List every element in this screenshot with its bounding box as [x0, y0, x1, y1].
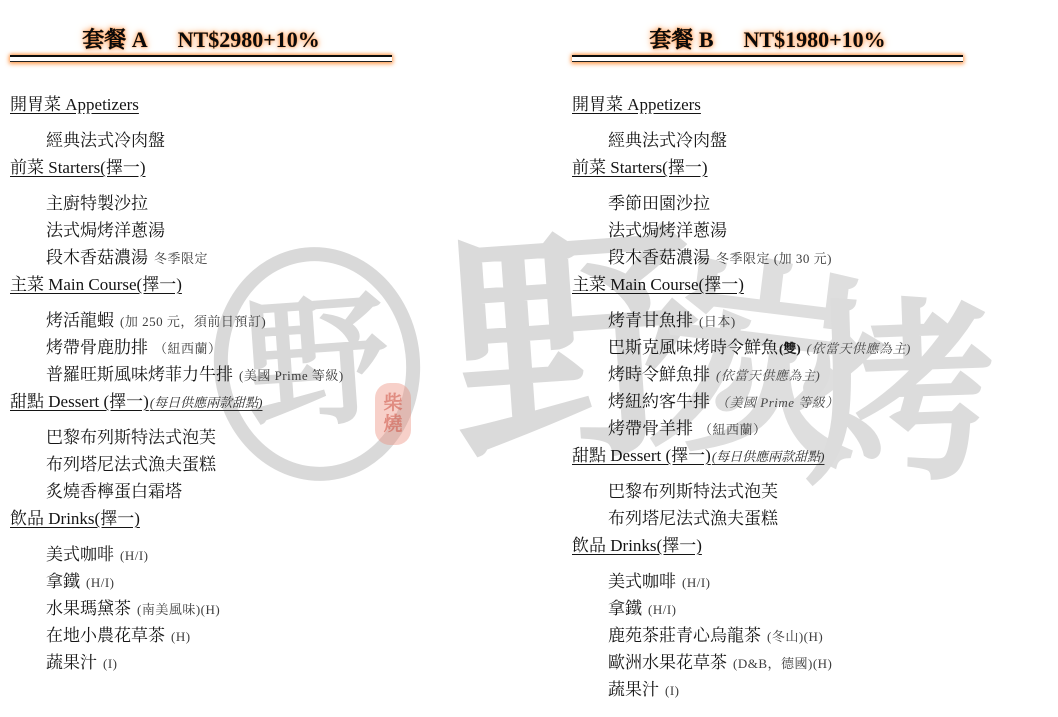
section-header: 開胃菜 Appetizers: [572, 91, 963, 118]
menu-item: 巴黎布列斯特法式泡芙: [572, 478, 963, 505]
section-header: 前菜 Starters(擇一): [10, 154, 392, 181]
section-header-label: 開胃菜 Appetizers: [10, 95, 139, 114]
menu-item: 巴斯克風味烤時令鮮魚(雙)(依當天供應為主): [572, 334, 963, 361]
menu-item: 經典法式冷肉盤: [572, 127, 963, 154]
menu-item-name: 炙燒香檸蛋白霜塔: [46, 482, 182, 501]
menu-item: 水果瑪黛茶(南美風味)(H): [10, 595, 392, 622]
menu-item: 烤帶骨羊排（紐西蘭）: [572, 415, 963, 442]
section-header-label: 甜點 Dessert (擇一): [572, 446, 711, 465]
menu-item-note: (依當天供應為主): [716, 368, 820, 383]
menu-item-name: 巴黎布列斯特法式泡芙: [608, 482, 778, 501]
menu-item-note: (南美風味)(H): [137, 602, 220, 617]
menu-item-name: 烤時令鮮魚排: [608, 365, 710, 384]
menu-body: 開胃菜 Appetizers經典法式冷肉盤前菜 Starters(擇一)主廚特製…: [10, 91, 392, 676]
title-underline-rule: [10, 55, 392, 62]
menu-item-note: (H/I): [86, 575, 115, 590]
menu-item: 巴黎布列斯特法式泡芙: [10, 424, 392, 451]
menu-item: 拿鐵(H/I): [10, 568, 392, 595]
menu-item: 美式咖啡(H/I): [10, 541, 392, 568]
menu-title: 套餐 BNT$1980+10%: [572, 0, 963, 53]
menu-price: NT$2980+10%: [178, 27, 320, 52]
menu-item: 布列塔尼法式漁夫蛋糕: [572, 505, 963, 532]
section-header-note: (每日供應兩款甜點): [712, 449, 825, 464]
section-header-label: 飲品 Drinks(擇一): [10, 509, 140, 528]
section-header: 甜點 Dessert (擇一)(每日供應兩款甜點): [572, 442, 963, 469]
section-header: 主菜 Main Course(擇一): [10, 271, 392, 298]
menu-item: 烤青甘魚排(日本): [572, 307, 963, 334]
menu-item: 季節田園沙拉: [572, 190, 963, 217]
section-header: 前菜 Starters(擇一): [572, 154, 963, 181]
section-header-label: 飲品 Drinks(擇一): [572, 536, 702, 555]
menu-item-note: （紐西蘭）: [154, 341, 222, 356]
section-header: 主菜 Main Course(擇一): [572, 271, 963, 298]
menu-item: 美式咖啡(H/I): [572, 568, 963, 595]
menu-item: 段木香菇濃湯冬季限定: [10, 244, 392, 271]
menu-item: 烤帶骨鹿肋排（紐西蘭）: [10, 334, 392, 361]
menu-item-name: 蔬果汁: [46, 653, 97, 672]
menu-item-note: 冬季限定: [154, 251, 208, 266]
section-header: 甜點 Dessert (擇一)(每日供應兩款甜點): [10, 388, 392, 415]
menu-item-note: (冬山)(H): [767, 629, 823, 644]
menu-item-note: (H/I): [648, 602, 677, 617]
menu-item-name: 段木香菇濃湯: [608, 248, 710, 267]
section-header-note: (每日供應兩款甜點): [150, 395, 263, 410]
menu-item: 烤時令鮮魚排(依當天供應為主): [572, 361, 963, 388]
menu-column-a: 套餐 ANT$2980+10% 開胃菜 Appetizers經典法式冷肉盤前菜 …: [10, 0, 392, 676]
menu-item-name: 主廚特製沙拉: [46, 194, 148, 213]
menu-item-suffix: (雙): [779, 341, 801, 356]
menu-item-note: (依當天供應為主): [807, 341, 911, 356]
menu-item: 在地小農花草茶(H): [10, 622, 392, 649]
menu-item: 鹿苑茶莊青心烏龍茶(冬山)(H): [572, 622, 963, 649]
menu-item-note: （美國 Prime 等級）: [716, 395, 839, 410]
menu-column-b: 套餐 BNT$1980+10% 開胃菜 Appetizers經典法式冷肉盤前菜 …: [572, 0, 963, 703]
menu-item-name: 在地小農花草茶: [46, 626, 165, 645]
menu-item-name: 美式咖啡: [608, 572, 676, 591]
menu-item-name: 普羅旺斯風味烤菲力牛排: [46, 365, 233, 384]
menu-item: 普羅旺斯風味烤菲力牛排(美國 Prime 等級): [10, 361, 392, 388]
menu-title-text: 套餐 B: [649, 27, 713, 52]
menu-item-name: 法式焗烤洋蔥湯: [46, 221, 165, 240]
menu-item: 布列塔尼法式漁夫蛋糕: [10, 451, 392, 478]
menu-item-name: 季節田園沙拉: [608, 194, 710, 213]
menu-item: 段木香菇濃湯冬季限定 (加 30 元): [572, 244, 963, 271]
section-header-label: 主菜 Main Course(擇一): [572, 275, 744, 294]
menu-item-name: 美式咖啡: [46, 545, 114, 564]
menu-item-name: 布列塔尼法式漁夫蛋糕: [46, 455, 216, 474]
menu-item: 主廚特製沙拉: [10, 190, 392, 217]
menu-item-name: 巴黎布列斯特法式泡芙: [46, 428, 216, 447]
menu-item: 烤紐約客牛排（美國 Prime 等級）: [572, 388, 963, 415]
menu-item-name: 鹿苑茶莊青心烏龍茶: [608, 626, 761, 645]
menu-item: 拿鐵(H/I): [572, 595, 963, 622]
menu-item: 法式焗烤洋蔥湯: [10, 217, 392, 244]
menu-item-note: (H): [171, 629, 191, 644]
menu-item: 歐洲水果花草茶(D&B，德國)(H): [572, 649, 963, 676]
menu-item-name: 經典法式冷肉盤: [46, 131, 165, 150]
menu-item-name: 法式焗烤洋蔥湯: [608, 221, 727, 240]
menu-item-note: (日本): [699, 314, 736, 329]
menu-item-name: 段木香菇濃湯: [46, 248, 148, 267]
menu-item: 蔬果汁(I): [10, 649, 392, 676]
menu-item-note: (美國 Prime 等級): [239, 368, 344, 383]
section-header-label: 甜點 Dessert (擇一): [10, 392, 149, 411]
menu-item-name: 拿鐵: [46, 572, 80, 591]
menu-item-note: (D&B，德國)(H): [733, 656, 832, 671]
menu-item-name: 布列塔尼法式漁夫蛋糕: [608, 509, 778, 528]
menu-item-name: 歐洲水果花草茶: [608, 653, 727, 672]
menu-item-name: 烤青甘魚排: [608, 311, 693, 330]
section-header: 飲品 Drinks(擇一): [572, 532, 963, 559]
menu-item-name: 經典法式冷肉盤: [608, 131, 727, 150]
menu-item-note: (I): [665, 683, 680, 698]
menu-title-text: 套餐 A: [82, 27, 147, 52]
menu-item-name: 烤帶骨鹿肋排: [46, 338, 148, 357]
menu-item-name: 烤活龍蝦: [46, 311, 114, 330]
menu-item-note: (H/I): [120, 548, 149, 563]
menu-item-name: 巴斯克風味烤時令鮮魚: [608, 338, 778, 357]
section-header-label: 主菜 Main Course(擇一): [10, 275, 182, 294]
menu-item: 炙燒香檸蛋白霜塔: [10, 478, 392, 505]
menu-item: 烤活龍蝦(加 250 元，須前日預訂): [10, 307, 392, 334]
menu-item-note: 冬季限定 (加 30 元): [716, 251, 832, 266]
menu-item-name: 水果瑪黛茶: [46, 599, 131, 618]
section-header-label: 前菜 Starters(擇一): [10, 158, 146, 177]
menu-item-note: （紐西蘭）: [699, 422, 767, 437]
menu-item: 法式焗烤洋蔥湯: [572, 217, 963, 244]
section-header: 飲品 Drinks(擇一): [10, 505, 392, 532]
section-header-label: 開胃菜 Appetizers: [572, 95, 701, 114]
menu-item: 經典法式冷肉盤: [10, 127, 392, 154]
section-header: 開胃菜 Appetizers: [10, 91, 392, 118]
menu-body: 開胃菜 Appetizers經典法式冷肉盤前菜 Starters(擇一)季節田園…: [572, 91, 963, 703]
menu-title: 套餐 ANT$2980+10%: [10, 0, 392, 53]
menu-item-note: (I): [103, 656, 118, 671]
menu-item-name: 蔬果汁: [608, 680, 659, 699]
menu-item-name: 拿鐵: [608, 599, 642, 618]
menu-page: 套餐 ANT$2980+10% 開胃菜 Appetizers經典法式冷肉盤前菜 …: [0, 0, 1058, 717]
menu-item: 蔬果汁(I): [572, 676, 963, 703]
menu-item-name: 烤帶骨羊排: [608, 419, 693, 438]
menu-item-name: 烤紐約客牛排: [608, 392, 710, 411]
menu-item-note: (加 250 元，須前日預訂): [120, 314, 266, 329]
section-header-label: 前菜 Starters(擇一): [572, 158, 708, 177]
menu-item-note: (H/I): [682, 575, 711, 590]
title-underline-rule: [572, 55, 963, 62]
menu-price: NT$1980+10%: [744, 27, 886, 52]
